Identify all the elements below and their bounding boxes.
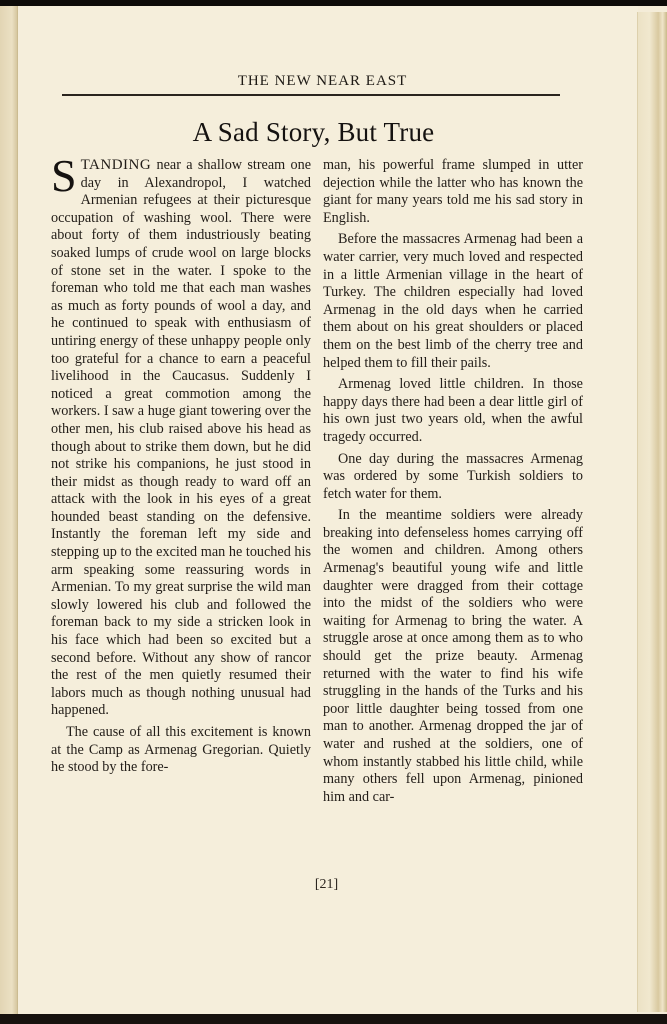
running-head-text: THE NEW NEAR EAST [238,73,408,89]
opening-smallcaps: TANDING [81,157,152,173]
paragraph: Before the massacres Armenag had been a … [323,231,583,372]
page-number-text: [21] [315,877,338,892]
page-fore-edge [637,12,667,1012]
paragraph: One day during the massacres Armenag was… [323,451,583,504]
header-rule [62,94,560,96]
article-title: A Sad Story, But True [0,117,667,148]
running-head: THE NEW NEAR EAST [0,73,667,90]
paragraph: Armenag loved little children. In those … [323,376,583,446]
paragraph: man, his powerful frame slumped in utter… [323,157,583,227]
scan-bottom-border [0,1014,667,1024]
page-number: [21] [0,877,667,893]
paragraph-text: near a shallow stream one day in Alexand… [51,157,311,718]
paragraph: The cause of all this excitement is know… [51,724,311,777]
drop-cap: S [51,159,77,193]
left-column: STANDING near a shallow stream one day i… [51,157,311,777]
page-gutter [0,6,18,1014]
right-column: man, his powerful frame slumped in utter… [323,157,583,806]
paragraph: In the meantime soldiers were already br… [323,507,583,806]
article-title-text: A Sad Story, But True [193,117,435,147]
paragraph: STANDING near a shallow stream one day i… [51,157,311,720]
